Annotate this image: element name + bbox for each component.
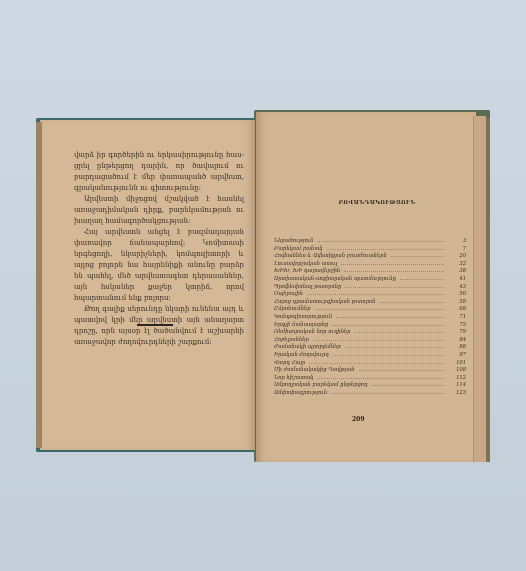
toc-entry: Վարդ Հայր101 — [274, 360, 466, 368]
toc-entry: ԽԻԽ, ԽԻ դարավերջին38 — [274, 268, 466, 276]
toc-entry-title: Պրոֆեսիոնալ թատրոնը — [274, 284, 341, 290]
leader-dots — [380, 302, 444, 303]
paragraph: վարձ իր գործերին ու երկասիրությունը հաս­… — [74, 150, 244, 194]
toc-entry: Օպերային50 — [274, 291, 466, 299]
toc-entry-page: 75 — [448, 322, 466, 328]
toc-entry-title: Բարեկամ բանակ — [274, 246, 323, 252]
toc-entry: Հոբելյաններ84 — [274, 337, 466, 345]
toc-entry: Իրական ժողովուրդ97 — [274, 352, 466, 360]
toc-entry-title: Իրական ժողովուրդ — [274, 352, 329, 358]
toc-entry-title: Վարդ Հայր — [274, 360, 305, 366]
leader-dots — [355, 332, 444, 333]
toc-entry-page: 7 — [448, 246, 466, 252]
toc-entry-page: 43 — [448, 284, 466, 290]
toc-entry: Ժամանակի պրոբլեմներ88 — [274, 344, 466, 352]
toc-entry: Ըմբռնումներ68 — [274, 306, 466, 314]
toc-entry: Բարեկամ բանակ7 — [274, 246, 466, 254]
leader-dots — [345, 347, 444, 348]
paragraph: Թող գալիք սերունդը նկարի ունենա այդ և պա… — [74, 304, 244, 348]
toc-entry-page: 20 — [448, 253, 466, 259]
leader-dots — [333, 355, 444, 356]
leader-dots — [315, 309, 444, 310]
leader-dots — [307, 294, 444, 295]
leader-dots — [317, 378, 444, 379]
toc-entry-title: Մի ժամանակակից Դավթյան — [274, 367, 355, 373]
toc-entry: Ամփոփագրություն123 — [274, 390, 466, 398]
toc-entry-page: 32 — [448, 261, 466, 267]
page-number: 209 — [352, 416, 365, 423]
toc-entry-page: 68 — [448, 306, 466, 312]
toc-entry-title: Ժամանակի պրոբլեմներ — [274, 344, 341, 350]
toc-entry-page: 108 — [448, 367, 466, 373]
toc-entry-title: Ամբողջական բարեկամ ընթերցող — [274, 382, 368, 388]
toc-entry: Հովհաննես և Ավետիքյան բուռժուաներն20 — [274, 253, 466, 261]
toc-entry-title: Ըմբռնումներ — [274, 306, 311, 312]
toc-entry-page: 101 — [448, 360, 466, 366]
toc-entry-page: 84 — [448, 337, 466, 343]
left-page-edge — [36, 122, 42, 448]
toc-entry-page: 3 — [448, 238, 466, 244]
toc-entry-title: Ամփոփագրություն — [274, 390, 327, 396]
toc-entry-title: Նոր հիշատակ — [274, 375, 313, 381]
toc-entry-title: Ռեժիսորական նոր ուղիներ — [274, 329, 351, 335]
toc-entry-page: 41 — [448, 276, 466, 282]
leader-dots — [331, 393, 444, 394]
table-of-contents: ԲՈՎԱՆԴԱԿՈՒԹՅՈՒՆ Ներածություն3Բարեկամ բան… — [274, 200, 466, 397]
toc-entry-page: 58 — [448, 299, 466, 305]
paragraph: Արվեստի միջոցով մշակված է հասնել առաջա­դ… — [74, 194, 244, 227]
leader-dots — [372, 385, 444, 386]
toc-entry-page: 114 — [448, 382, 466, 388]
toc-entry-title: Հոբելյաններ — [274, 337, 309, 343]
toc-entry-title: Օպերային — [274, 291, 303, 297]
toc-entry: Ամբողջական բարեկամ ընթերցող114 — [274, 382, 466, 390]
toc-entry-page: 38 — [448, 268, 466, 274]
leader-dots — [341, 264, 444, 265]
toc-entry: Արտիստական-սոցիալական պատմությունը41 — [274, 276, 466, 284]
toc-entry-title: Հայոց դրամատուրգիական թատրոն — [274, 299, 376, 305]
toc-entry-title: Ներածություն — [274, 238, 314, 244]
leader-dots — [332, 325, 444, 326]
leader-dots — [344, 271, 444, 272]
left-page-text: վարձ իր գործերին ու երկասիրությունը հաս­… — [74, 150, 244, 348]
toc-entry-title: Կոմպոզիտորություն — [274, 314, 332, 320]
toc-entry-page: 88 — [448, 344, 466, 350]
leader-dots — [313, 340, 444, 341]
toc-entry: Լուսավորչական ասուլ32 — [274, 261, 466, 269]
leader-dots — [345, 287, 444, 288]
toc-title: ԲՈՎԱՆԴԱԿՈՒԹՅՈՒՆ — [288, 200, 466, 206]
toc-entry: Երգչի ճանապարհը75 — [274, 322, 466, 330]
toc-entry: Ներածություն3 — [274, 238, 466, 246]
leader-dots — [359, 370, 444, 371]
leader-dots — [318, 241, 444, 242]
leader-dots — [400, 279, 444, 280]
toc-entry: Նոր հիշատակ112 — [274, 375, 466, 383]
toc-entry-page: 123 — [448, 390, 466, 396]
leader-dots — [327, 249, 445, 250]
toc-entry: Պրոֆեսիոնալ թատրոնը43 — [274, 284, 466, 292]
toc-entry-page: 50 — [448, 291, 466, 297]
toc-entry-title: ԽԻԽ, ԽԻ դարավերջին — [274, 268, 340, 274]
leader-dots — [336, 317, 444, 318]
toc-entry-title: Լուսավորչական ասուլ — [274, 261, 337, 267]
toc-entry-page: 71 — [448, 314, 466, 320]
end-rule — [137, 324, 173, 326]
toc-entry-page: 112 — [448, 375, 466, 381]
toc-entry: Ռեժիսորական նոր ուղիներ79 — [274, 329, 466, 337]
leader-dots — [309, 363, 444, 364]
toc-entry: Կոմպոզիտորություն71 — [274, 314, 466, 322]
toc-entry: Մի ժամանակակից Դավթյան108 — [274, 367, 466, 375]
toc-entry-title: Արտիստական-սոցիալական պատմությունը — [274, 276, 396, 282]
toc-entry-page: 79 — [448, 329, 466, 335]
cover-edge — [486, 118, 490, 462]
toc-entry: Հայոց դրամատուրգիական թատրոն58 — [274, 299, 466, 307]
leader-dots — [391, 256, 444, 257]
toc-entry-title: Հովհաննես և Ավետիքյան բուռժուաներն — [274, 253, 387, 259]
toc-entry-page: 97 — [448, 352, 466, 358]
open-book: վարձ իր գործերին ու երկասիրությունը հաս­… — [0, 0, 526, 571]
page-block-edge — [473, 116, 486, 462]
toc-entry-title: Երգչի ճանապարհը — [274, 322, 328, 328]
paragraph: Հայ արվեստն անցել է բազմադարյան փառավոր … — [74, 227, 244, 304]
